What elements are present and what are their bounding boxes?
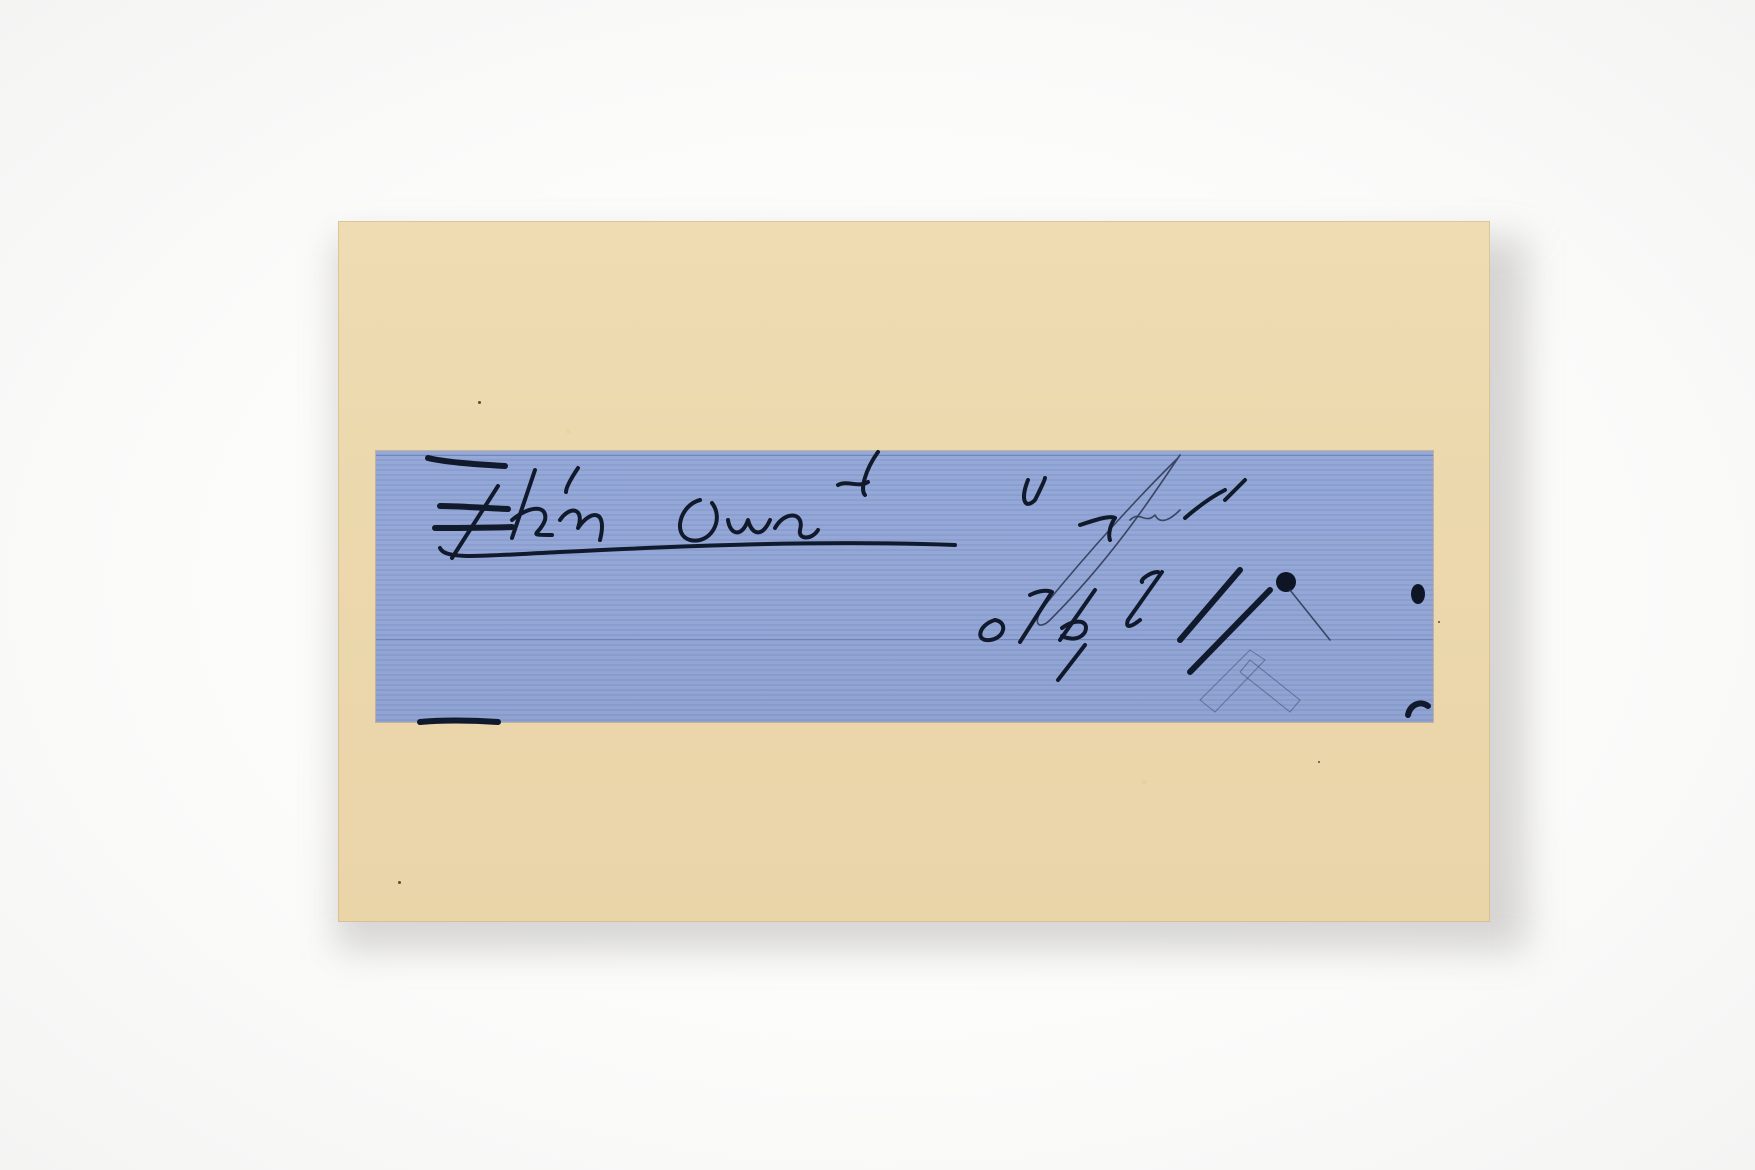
paper-speck — [478, 401, 481, 404]
paper-speck — [1438, 621, 1440, 623]
blue-paper-slip — [376, 451, 1433, 722]
ruled-line — [376, 639, 1433, 640]
paper-speck — [1318, 761, 1320, 763]
paper-speck — [398, 881, 401, 884]
ruled-line — [376, 455, 1433, 456]
